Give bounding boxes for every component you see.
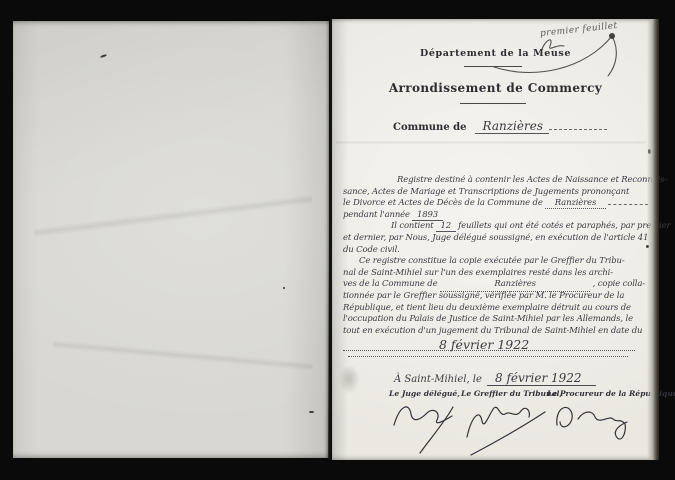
commune-label: Commune de bbox=[393, 122, 467, 133]
judgment-date-handwritten: 8 février 1922 bbox=[439, 337, 529, 352]
body-line: ves de la Commune deRanzières, copie col… bbox=[343, 279, 645, 291]
book-fore-edge bbox=[647, 19, 659, 460]
body-line: Registre destiné à contenir les Actes de… bbox=[343, 175, 645, 187]
ruled-blank bbox=[549, 129, 607, 130]
closing-place: À Saint-Mihiel, le bbox=[394, 374, 482, 385]
ink-speck bbox=[100, 54, 107, 58]
judge-signature-label: Le Juge délégué, bbox=[389, 389, 460, 398]
signatures-icon bbox=[372, 399, 652, 461]
body-line: Il contient12feuillets qui ont été cotés… bbox=[343, 221, 645, 233]
ruled-blank bbox=[348, 356, 628, 357]
body-line: et dernier, par Nous, Juge délégué souss… bbox=[343, 233, 645, 245]
ink-blot bbox=[609, 33, 615, 39]
body-line-text: feuillets qui ont été cotés et paraphés,… bbox=[458, 221, 670, 231]
prosecutor-signature-icon bbox=[578, 412, 627, 439]
body-line-text: Il contient bbox=[391, 221, 434, 231]
clerk-signature-icon bbox=[467, 407, 529, 437]
commune-name-handwritten: Ranzières bbox=[475, 119, 549, 134]
stamp-department: Département de la Meuse bbox=[332, 48, 659, 59]
register-title-page: premier feuillet Département de la Meuse… bbox=[332, 19, 659, 460]
body-line: pendant l'année1893 bbox=[343, 210, 645, 222]
body-line-text: le Divorce et Actes de Décès de la Commu… bbox=[343, 198, 543, 208]
body-line: sance, Actes de Mariage et Transcription… bbox=[343, 187, 645, 199]
stamp-underline bbox=[460, 103, 526, 104]
left-blank-page bbox=[13, 21, 329, 458]
prosecutor-signature-icon bbox=[557, 407, 572, 426]
body-line-text: , copie colla- bbox=[593, 279, 645, 291]
page-crease bbox=[336, 141, 646, 144]
handwritten-body: Registre destiné à contenir les Actes de… bbox=[343, 175, 645, 337]
commune-row: Commune deRanzières bbox=[393, 115, 607, 134]
body-line-text: pendant l'année bbox=[343, 210, 410, 220]
page-crease bbox=[33, 194, 312, 238]
body-line: le Divorce et Actes de Décès de la Commu… bbox=[343, 198, 645, 210]
closing-date: 8 février 1922 bbox=[487, 371, 596, 386]
ink-speck bbox=[309, 411, 314, 413]
ink-speck bbox=[283, 287, 285, 289]
body-line-text: ves de la Commune de bbox=[343, 279, 437, 291]
commune-name-filled: Ranzières bbox=[545, 198, 606, 209]
body-line: du Code civil. bbox=[343, 245, 645, 257]
body-line: nal de Saint-Mihiel sur l'un des exempla… bbox=[343, 268, 645, 280]
body-line: tionnée par le Greffier soussigné, vérif… bbox=[343, 291, 645, 303]
stamp-underline bbox=[464, 66, 522, 67]
body-line: République, et tient lieu du deuxième ex… bbox=[343, 303, 645, 315]
year-filled: 1893 bbox=[412, 210, 443, 221]
page-crease bbox=[53, 340, 313, 372]
body-line: Ce registre constitue la copie exécutée … bbox=[343, 256, 645, 268]
body-line: l'occupation du Palais de Justice de Sai… bbox=[343, 314, 645, 326]
clerk-paraph-stroke bbox=[471, 412, 545, 455]
closing-dateline: À Saint-Mihiel, le 8 février 1922 bbox=[394, 367, 596, 386]
scan-backdrop: premier feuillet Département de la Meuse… bbox=[0, 0, 675, 480]
judge-paraph-stroke bbox=[420, 407, 453, 453]
ruled-blank bbox=[608, 204, 648, 205]
leaf-count-filled: 12 bbox=[436, 221, 457, 232]
judgment-date-rule: 8 février 1922 bbox=[343, 335, 635, 351]
smudge-mark bbox=[338, 364, 360, 394]
stamp-arrondissement: Arrondissement de Commercy bbox=[332, 81, 659, 95]
